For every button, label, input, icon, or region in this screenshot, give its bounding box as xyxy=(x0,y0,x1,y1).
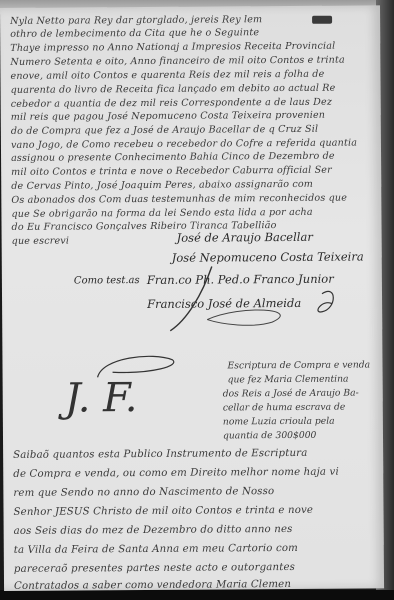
text-line: othro de lembecimento da Cita que he o S… xyxy=(10,27,259,40)
text-line: pareceraõ presentes partes neste acto e … xyxy=(14,562,295,575)
witness-label: Como test.as xyxy=(74,275,140,286)
margin-note-line: que fez Maria Clementina xyxy=(228,374,349,386)
manuscript-page: Nyla Netto para Rey dar gtorglado, jerei… xyxy=(0,5,384,591)
text-line: Numero Setenta e oito, Anno financeiro d… xyxy=(10,55,345,68)
text-line: de Cervas Pinto, José Joaquim Peres, aba… xyxy=(11,179,313,192)
margin-note-line: Escriptura de Compra e venda xyxy=(227,359,370,371)
text-line: Saibaõ quantos esta Publico Instrumento … xyxy=(13,448,307,461)
text-line: enove, amil oito Contos e quarenta Reis … xyxy=(10,69,324,82)
text-line: que Se obrigarão na forma da lei Sendo e… xyxy=(11,207,312,220)
text-line: ta Villa da Feira de Santa Anna em meu C… xyxy=(14,543,298,556)
text-line: assignou o presente Conhecimento Bahia C… xyxy=(11,151,335,164)
text-line: Thaye impresso no Anno Nationaj a Impres… xyxy=(10,41,335,54)
text-line: quarenta do livro de Receita fica lançad… xyxy=(11,83,336,96)
text-line: que escrevi xyxy=(12,236,70,247)
text-line: vano Jogo, de Como recebeu o recebedor d… xyxy=(11,138,357,151)
margin-note-line: dos Reis a José de Araujo Ba- xyxy=(223,388,359,400)
text-line: Nyla Netto para Rey dar gtorglado, jerei… xyxy=(10,14,262,27)
seal-mark xyxy=(312,16,332,24)
text-line: mil reis que pagou José Nepomuceno Costa… xyxy=(11,110,325,123)
text-line: aos Seis dias do mez de Dezembro do ditt… xyxy=(14,524,293,537)
margin-note-line: cellar de huma escrava de xyxy=(223,402,346,414)
text-line: do de Compra que fez a José de Araujo Ba… xyxy=(11,124,318,137)
signature-flourish-icon xyxy=(162,264,352,335)
text-line: cebedor a quantia de dez mil reis Corres… xyxy=(11,97,332,110)
text-line: mil oito Contos e trinta e nove o Recebe… xyxy=(11,165,332,178)
margin-note-line: nome Luzia crioula pela xyxy=(223,416,335,428)
text-line: rem que Sendo no anno do Nascimento de N… xyxy=(13,486,274,499)
text-line: Os abonados dos Com duas testemunhas de … xyxy=(11,193,347,206)
monogram-flourish-icon xyxy=(92,352,182,383)
signature-seller: José de Araujo Bacellar xyxy=(177,230,313,245)
margin-note-line: quantia de 300$000 xyxy=(223,430,316,442)
text-line: de Compra e venda, ou como em Direito me… xyxy=(13,467,339,480)
text-line: Senhor JESUS Christo de mil oito Contos … xyxy=(13,505,313,518)
text-line: Contratados a saber como vendedora Maria… xyxy=(14,579,291,592)
signature-buyer: José Nepomuceno Costa Teixeira xyxy=(172,249,364,264)
